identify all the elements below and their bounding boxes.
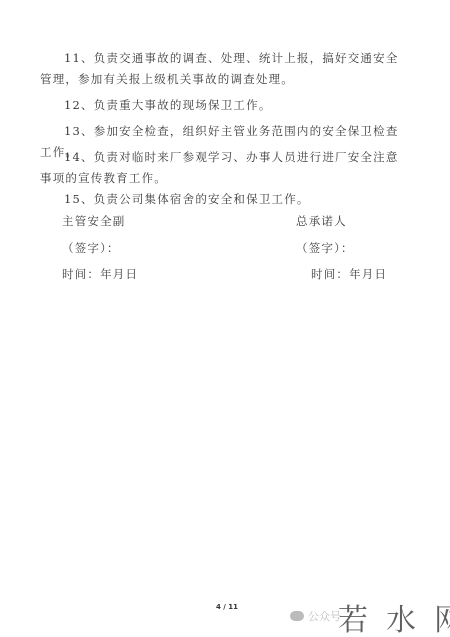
page-number: 4 / 11 [216,603,238,611]
item-14: 14、负责对临时来厂参观学习、办事人员进行进厂安全注意事项的宣传教育工作。 [40,147,410,189]
left-signer-title: 主管安全副 [62,213,126,229]
item-12: 12、负责重大事故的现场保卫工作。 [40,95,410,116]
watermark-text: 公众号 [308,608,341,624]
item-11: 11、负责交通事故的调查、处理、统计上报，搞好交通安全管理，参加有关报上级机关事… [40,48,410,90]
left-sign-label: （签字）： [62,240,120,256]
right-date-label: 时间：年月日 [311,266,387,282]
document-page: 11、负责交通事故的调查、处理、统计上报，搞好交通安全管理，参加有关报上级机关事… [0,0,450,637]
watermark-brand: 若水网 [338,595,450,637]
left-date-label: 时间：年月日 [62,266,138,282]
right-signer-title: 总承诺人 [296,213,347,229]
right-sign-label: （签字）： [296,240,354,256]
watermark: 公众号 若水网 [290,598,341,634]
wechat-icon [290,611,304,621]
item-15: 15、负责公司集体宿舍的安全和保卫工作。 [40,189,410,210]
